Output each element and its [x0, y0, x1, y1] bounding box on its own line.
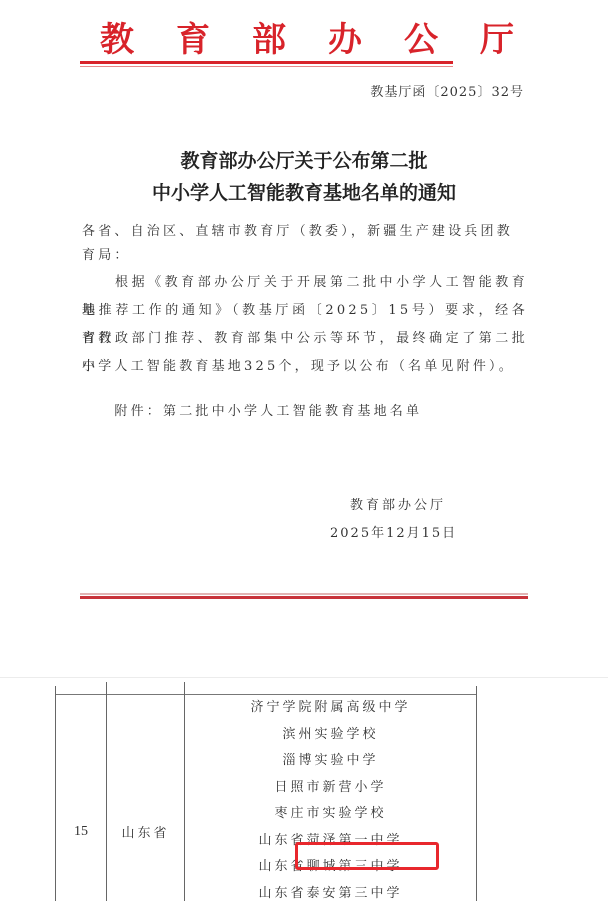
- masthead-char: 部: [252, 12, 286, 61]
- school-cell: 枣庄市实验学校: [185, 801, 476, 827]
- masthead-char: 公: [404, 12, 438, 61]
- masthead: 教 育 部 办 公 厅: [80, 12, 532, 61]
- footer-red-rule: [80, 596, 528, 599]
- document-number: 教基厅函〔2025〕32号: [370, 81, 524, 100]
- school-cell: 淄博实验中学: [185, 748, 476, 774]
- school-cell: 济宁学院附属高级中学: [185, 695, 476, 721]
- body-line4: 小学人工智能教育基地325个，现予以公布（名单见附件）。: [82, 353, 528, 381]
- footer-light-rule: [80, 593, 528, 595]
- masthead-red-rule: [80, 61, 453, 64]
- masthead-char: 厅: [480, 12, 514, 61]
- province-cell: 山东省: [107, 822, 184, 841]
- masthead-char: 办: [328, 12, 362, 61]
- notice-title-line1: 教育部办公厅关于公布第二批: [0, 146, 608, 173]
- school-cell: 滨州实验学校: [185, 722, 476, 748]
- masthead-char: 教: [100, 12, 134, 61]
- highlight-box: [295, 842, 439, 870]
- signature-date: 2025年12月15日: [330, 522, 457, 541]
- masthead-char: 育: [176, 12, 210, 61]
- row-number-cell: 15: [56, 824, 106, 840]
- school-cell: 日照市新营小学: [185, 775, 476, 801]
- attachment-line: 附件：第二批中小学人工智能教育基地名单: [82, 398, 528, 426]
- addressee-line2: 育局：: [82, 242, 528, 270]
- masthead-thin-rule: [80, 66, 453, 67]
- notice-title-line2: 中小学人工智能教育基地名单的通知: [0, 178, 608, 205]
- column-separator: [106, 682, 107, 901]
- document-page: 教 育 部 办 公 厅 教基厅函〔2025〕32号 教育部办公厅关于公布第二批 …: [0, 0, 608, 672]
- school-cell: 山东省泰安第三中学: [185, 881, 476, 901]
- signature-issuer: 教育部办公厅: [350, 494, 446, 513]
